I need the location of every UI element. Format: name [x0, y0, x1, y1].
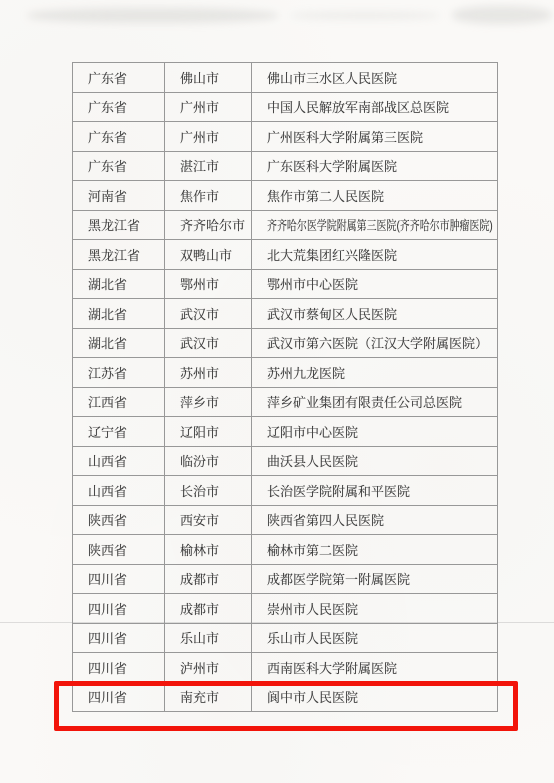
- cell-text: 四川省: [88, 628, 127, 647]
- cell-text: 苏州九龙医院: [267, 363, 345, 382]
- hospital-table-container: 广东省佛山市佛山市三水区人民医院广东省广州市中国人民解放军南部战区总医院广东省广…: [72, 62, 498, 712]
- cell-text: 鄂州市: [180, 274, 219, 293]
- cell-text: 武汉市第六医院（江汉大学附属医院）: [267, 333, 488, 352]
- cell-text: 长治医学院附属和平医院: [267, 481, 410, 500]
- cell-province: 黑龙江省: [73, 240, 165, 270]
- cell-city: 乐山市: [165, 623, 252, 653]
- cell-text: 成都市: [180, 569, 219, 588]
- cell-text: 西安市: [180, 510, 219, 529]
- cell-text: 泸州市: [180, 658, 219, 677]
- cell-text: 萍乡市: [180, 392, 219, 411]
- cell-city: 苏州市: [165, 358, 252, 388]
- cell-province: 河南省: [73, 181, 165, 211]
- cell-text: 佛山市三水区人民医院: [267, 68, 397, 87]
- cell-province: 湖北省: [73, 328, 165, 358]
- cell-province: 四川省: [73, 653, 165, 683]
- table-row: 辽宁省辽阳市辽阳市中心医院: [73, 417, 498, 447]
- cell-hospital: 陕西省第四人民医院: [252, 505, 498, 535]
- cell-text: 江苏省: [88, 363, 127, 382]
- table-row: 河南省焦作市焦作市第二人民医院: [73, 181, 498, 211]
- cell-province: 陕西省: [73, 505, 165, 535]
- cell-text: 成都医学院第一附属医院: [267, 569, 410, 588]
- cell-text: 北大荒集团红兴隆医院: [267, 245, 397, 264]
- cell-text: 黑龙江省: [88, 245, 140, 264]
- cell-text: 广州市: [180, 97, 219, 116]
- cell-text: 四川省: [88, 658, 127, 677]
- scan-smudge-artifact: [452, 6, 552, 24]
- table-row: 山西省临汾市曲沃县人民医院: [73, 446, 498, 476]
- hospital-table-body: 广东省佛山市佛山市三水区人民医院广东省广州市中国人民解放军南部战区总医院广东省广…: [73, 63, 498, 712]
- cell-hospital: 崇州市人民医院: [252, 594, 498, 624]
- cell-hospital: 苏州九龙医院: [252, 358, 498, 388]
- cell-hospital: 齐齐哈尔医学院附属第三医院(齐齐哈尔市肿瘤医院): [252, 210, 498, 240]
- cell-province: 湖北省: [73, 299, 165, 329]
- table-row: 湖北省鄂州市鄂州市中心医院: [73, 269, 498, 299]
- cell-hospital: 中国人民解放军南部战区总医院: [252, 92, 498, 122]
- cell-city: 武汉市: [165, 299, 252, 329]
- cell-city: 萍乡市: [165, 387, 252, 417]
- hospital-table: 广东省佛山市佛山市三水区人民医院广东省广州市中国人民解放军南部战区总医院广东省广…: [72, 62, 498, 712]
- cell-text: 中国人民解放军南部战区总医院: [267, 97, 449, 116]
- cell-hospital: 长治医学院附属和平医院: [252, 476, 498, 506]
- cell-city: 焦作市: [165, 181, 252, 211]
- table-row: 广东省湛江市广东医科大学附属医院: [73, 151, 498, 181]
- table-row: 江西省萍乡市萍乡矿业集团有限责任公司总医院: [73, 387, 498, 417]
- cell-province: 四川省: [73, 564, 165, 594]
- cell-hospital: 曲沃县人民医院: [252, 446, 498, 476]
- cell-hospital: 成都医学院第一附属医院: [252, 564, 498, 594]
- cell-hospital: 榆林市第二医院: [252, 535, 498, 565]
- cell-text: 广东省: [88, 127, 127, 146]
- cell-city: 双鸭山市: [165, 240, 252, 270]
- cell-text: 湖北省: [88, 304, 127, 323]
- cell-province: 山西省: [73, 446, 165, 476]
- table-row: 四川省乐山市乐山市人民医院: [73, 623, 498, 653]
- table-row: 陕西省榆林市榆林市第二医院: [73, 535, 498, 565]
- cell-text: 武汉市蔡甸区人民医院: [267, 304, 397, 323]
- cell-text: 鄂州市中心医院: [267, 274, 358, 293]
- cell-city: 齐齐哈尔市: [165, 210, 252, 240]
- cell-text: 曲沃县人民医院: [267, 451, 358, 470]
- cell-text: 临汾市: [180, 451, 219, 470]
- cell-hospital: 辽阳市中心医院: [252, 417, 498, 447]
- cell-province: 江西省: [73, 387, 165, 417]
- cell-text: 广州市: [180, 127, 219, 146]
- cell-province: 山西省: [73, 476, 165, 506]
- cell-hospital: 乐山市人民医院: [252, 623, 498, 653]
- cell-text: 湖北省: [88, 333, 127, 352]
- cell-city: 成都市: [165, 564, 252, 594]
- table-row: 四川省成都市崇州市人民医院: [73, 594, 498, 624]
- cell-province: 湖北省: [73, 269, 165, 299]
- table-row: 江苏省苏州市苏州九龙医院: [73, 358, 498, 388]
- scan-smudge-artifact: [28, 8, 278, 23]
- cell-city: 广州市: [165, 92, 252, 122]
- scanned-page-background: 广东省佛山市佛山市三水区人民医院广东省广州市中国人民解放军南部战区总医院广东省广…: [0, 0, 554, 783]
- cell-text: 陕西省: [88, 540, 127, 559]
- cell-province: 黑龙江省: [73, 210, 165, 240]
- cell-text: 焦作市: [180, 186, 219, 205]
- cell-text: 四川省: [88, 599, 127, 618]
- cell-city: 成都市: [165, 594, 252, 624]
- cell-text: 广东省: [88, 97, 127, 116]
- cell-hospital: 鄂州市中心医院: [252, 269, 498, 299]
- cell-city: 西安市: [165, 505, 252, 535]
- cell-text: 榆林市: [180, 540, 219, 559]
- cell-city: 广州市: [165, 122, 252, 152]
- cell-text: 武汉市: [180, 333, 219, 352]
- cell-text: 焦作市第二人民医院: [267, 186, 384, 205]
- cell-text: 四川省: [88, 569, 127, 588]
- cell-text: 阆中市人民医院: [267, 687, 358, 706]
- cell-text: 乐山市人民医院: [267, 628, 358, 647]
- cell-city: 鄂州市: [165, 269, 252, 299]
- table-row: 陕西省西安市陕西省第四人民医院: [73, 505, 498, 535]
- cell-province: 广东省: [73, 92, 165, 122]
- cell-text: 黑龙江省: [88, 215, 140, 234]
- cell-hospital: 广州医科大学附属第三医院: [252, 122, 498, 152]
- cell-text: 佛山市: [180, 68, 219, 87]
- table-row: 黑龙江省齐齐哈尔市齐齐哈尔医学院附属第三医院(齐齐哈尔市肿瘤医院): [73, 210, 498, 240]
- cell-province: 辽宁省: [73, 417, 165, 447]
- cell-text: 广东省: [88, 68, 127, 87]
- cell-text: 江西省: [88, 392, 127, 411]
- cell-text: 苏州市: [180, 363, 219, 382]
- cell-city: 南充市: [165, 682, 252, 712]
- cell-city: 长治市: [165, 476, 252, 506]
- cell-city: 武汉市: [165, 328, 252, 358]
- cell-text: 齐齐哈尔市: [180, 215, 245, 234]
- cell-province: 广东省: [73, 63, 165, 93]
- cell-text: 乐山市: [180, 628, 219, 647]
- table-row: 四川省南充市阆中市人民医院: [73, 682, 498, 712]
- cell-text: 崇州市人民医院: [267, 599, 358, 618]
- cell-text: 成都市: [180, 599, 219, 618]
- cell-text: 陕西省: [88, 510, 127, 529]
- cell-province: 四川省: [73, 594, 165, 624]
- cell-text: 辽宁省: [88, 422, 127, 441]
- cell-province: 广东省: [73, 151, 165, 181]
- cell-text: 陕西省第四人民医院: [267, 510, 384, 529]
- cell-text: 西南医科大学附属医院: [267, 658, 397, 677]
- cell-text: 辽阳市: [180, 422, 219, 441]
- cell-hospital: 北大荒集团红兴隆医院: [252, 240, 498, 270]
- cell-province: 广东省: [73, 122, 165, 152]
- scan-smudge-artifact: [290, 11, 440, 20]
- cell-text: 广东医科大学附属医院: [267, 156, 397, 175]
- cell-text: 萍乡矿业集团有限责任公司总医院: [267, 392, 462, 411]
- cell-text: 长治市: [180, 481, 219, 500]
- cell-text: 齐齐哈尔医学院附属第三医院(齐齐哈尔市肿瘤医院): [267, 215, 493, 234]
- table-row: 广东省广州市中国人民解放军南部战区总医院: [73, 92, 498, 122]
- cell-hospital: 武汉市蔡甸区人民医院: [252, 299, 498, 329]
- cell-hospital: 阆中市人民医院: [252, 682, 498, 712]
- cell-text: 辽阳市中心医院: [267, 422, 358, 441]
- table-row: 山西省长治市长治医学院附属和平医院: [73, 476, 498, 506]
- cell-city: 佛山市: [165, 63, 252, 93]
- cell-province: 四川省: [73, 682, 165, 712]
- cell-city: 临汾市: [165, 446, 252, 476]
- cell-city: 泸州市: [165, 653, 252, 683]
- cell-hospital: 广东医科大学附属医院: [252, 151, 498, 181]
- table-row: 湖北省武汉市武汉市蔡甸区人民医院: [73, 299, 498, 329]
- cell-hospital: 萍乡矿业集团有限责任公司总医院: [252, 387, 498, 417]
- cell-text: 武汉市: [180, 304, 219, 323]
- cell-city: 榆林市: [165, 535, 252, 565]
- cell-text: 榆林市第二医院: [267, 540, 358, 559]
- cell-city: 湛江市: [165, 151, 252, 181]
- cell-text: 湛江市: [180, 156, 219, 175]
- cell-text: 四川省: [88, 687, 127, 706]
- cell-text: 广州医科大学附属第三医院: [267, 127, 423, 146]
- cell-province: 江苏省: [73, 358, 165, 388]
- table-row: 湖北省武汉市武汉市第六医院（江汉大学附属医院）: [73, 328, 498, 358]
- cell-text: 湖北省: [88, 274, 127, 293]
- cell-province: 陕西省: [73, 535, 165, 565]
- cell-text: 山西省: [88, 481, 127, 500]
- cell-text: 河南省: [88, 186, 127, 205]
- cell-city: 辽阳市: [165, 417, 252, 447]
- cell-text: 广东省: [88, 156, 127, 175]
- cell-hospital: 焦作市第二人民医院: [252, 181, 498, 211]
- cell-hospital: 武汉市第六医院（江汉大学附属医院）: [252, 328, 498, 358]
- table-row: 四川省成都市成都医学院第一附属医院: [73, 564, 498, 594]
- cell-text: 双鸭山市: [180, 245, 232, 264]
- table-row: 四川省泸州市西南医科大学附属医院: [73, 653, 498, 683]
- cell-text: 山西省: [88, 451, 127, 470]
- table-row: 广东省广州市广州医科大学附属第三医院: [73, 122, 498, 152]
- table-row: 黑龙江省双鸭山市北大荒集团红兴隆医院: [73, 240, 498, 270]
- cell-hospital: 佛山市三水区人民医院: [252, 63, 498, 93]
- table-row: 广东省佛山市佛山市三水区人民医院: [73, 63, 498, 93]
- cell-text: 南充市: [180, 687, 219, 706]
- cell-province: 四川省: [73, 623, 165, 653]
- cell-hospital: 西南医科大学附属医院: [252, 653, 498, 683]
